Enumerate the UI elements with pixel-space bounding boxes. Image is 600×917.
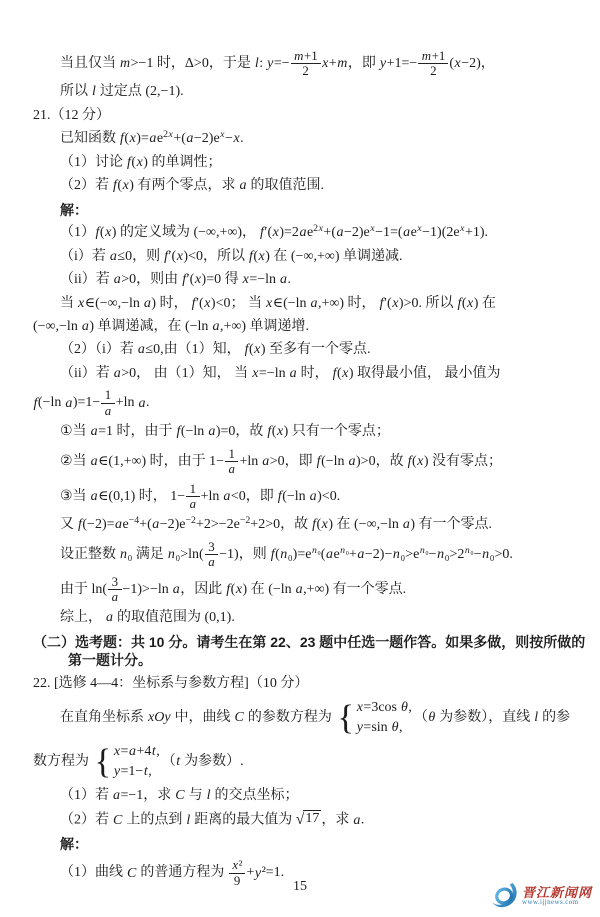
text-line: 由于 ln(3a−1)>−ln a，因此 f(x) 在 (−ln a,+∞) 有… bbox=[33, 572, 588, 607]
document-page: 当且仅当 m>−1 时，Δ>0，于是 l: y=−m+12x+m，即 y+1=−… bbox=[0, 0, 600, 917]
text-line: 在直角坐标系 xOy 中，曲线 C 的参数方程为 {x=3cos θ,y=sin… bbox=[33, 696, 588, 740]
site-logo: 晋江新闻网 www.ijjnews.com bbox=[490, 881, 592, 911]
text-line: （2）（i）若 a≤0,由（1）知， f(x) 至多有一个零点. bbox=[33, 339, 588, 362]
text-line: 数方程为 {x=a+4t,y=1−t,（t 为参数）. bbox=[33, 740, 588, 784]
logo-text: 晋江新闻网 www.ijjnews.com bbox=[522, 886, 592, 907]
text-line: 22. [选修 4—4：坐标系与参数方程]（10 分） bbox=[33, 672, 588, 695]
document-lines: 当且仅当 m>−1 时，Δ>0，于是 l: y=−m+12x+m，即 y+1=−… bbox=[0, 0, 600, 891]
text-line: （ii）若 a>0， 由（1）知， 当 x=−ln a 时， f(x) 取得最小… bbox=[33, 362, 588, 385]
text-line: ①当 a=1 时，由于 f(−ln a)=0，故 f(x) 只有一个零点； bbox=[33, 421, 588, 444]
text-line: 综上， a 的取值范围为 (0,1). bbox=[33, 607, 588, 630]
text-line: （1）若 a=−1，求 C 与 l 的交点坐标； bbox=[33, 784, 588, 807]
text-line: 解： bbox=[33, 833, 588, 856]
text-line: 设正整数 n₀ 满足 n₀>ln(3a−1)，则 f(n₀)=en₀(aen₀+… bbox=[33, 537, 588, 572]
text-line: （i）若 a≤0，则 f′(x)<0，所以 f(x) 在 (−∞,+∞) 单调递… bbox=[33, 245, 588, 268]
text-line: （ii）若 a>0，则由 f′(x)=0 得 x=−ln a. bbox=[33, 269, 588, 292]
text-line: f(−ln a)=1−1a+ln a. bbox=[33, 386, 588, 421]
text-line: 解： bbox=[33, 198, 588, 221]
text-line: 又 f(−2)=ae−4+(a−2)e−2+2>−2e−2+2>0，故 f(x)… bbox=[33, 514, 588, 537]
page-footer: 15 晋江新闻网 www.ijjnews.com bbox=[0, 857, 600, 917]
text-line: （1）f(x) 的定义域为 (−∞,+∞)， f′(x)=2ae2x+(a−2)… bbox=[33, 222, 588, 245]
text-line: ③当 a∈(0,1) 时， 1−1a+ln a<0，即 f(−ln a)<0. bbox=[33, 479, 588, 514]
text-line: （2）若 C 上的点到 l 距离的最大值为 √17，求 a. bbox=[33, 808, 588, 833]
logo-swirl-icon bbox=[490, 881, 520, 911]
logo-url: www.ijjnews.com bbox=[522, 899, 592, 906]
text-line: 21.（12 分） bbox=[33, 104, 588, 127]
text-line: ②当 a∈(1,+∞) 时，由于 1−1a+ln a>0，即 f(−ln a)>… bbox=[33, 444, 588, 479]
text-line: 已知函数 f(x)=ae2x+(a−2)ex−x. bbox=[33, 128, 588, 151]
logo-site-name: 晋江新闻网 bbox=[522, 886, 592, 900]
text-line: （二）选考题：共 10 分。请考生在第 22、23 题中任选一题作答。如果多做，… bbox=[33, 630, 588, 672]
text-line: 当且仅当 m>−1 时，Δ>0，于是 l: y=−m+12x+m，即 y+1=−… bbox=[33, 46, 588, 81]
text-line: （2）若 f(x) 有两个零点，求 a 的取值范围. bbox=[33, 175, 588, 198]
text-line: 所以 l 过定点 (2,−1). bbox=[33, 81, 588, 104]
text-line: (−∞,−ln a) 单调递减，在 (−ln a,+∞) 单调递增. bbox=[33, 316, 588, 339]
text-line: （1）讨论 f(x) 的单调性； bbox=[33, 151, 588, 174]
text-line: 当 x∈(−∞,−ln a) 时， f′(x)<0； 当 x∈(−ln a,+∞… bbox=[33, 292, 588, 315]
